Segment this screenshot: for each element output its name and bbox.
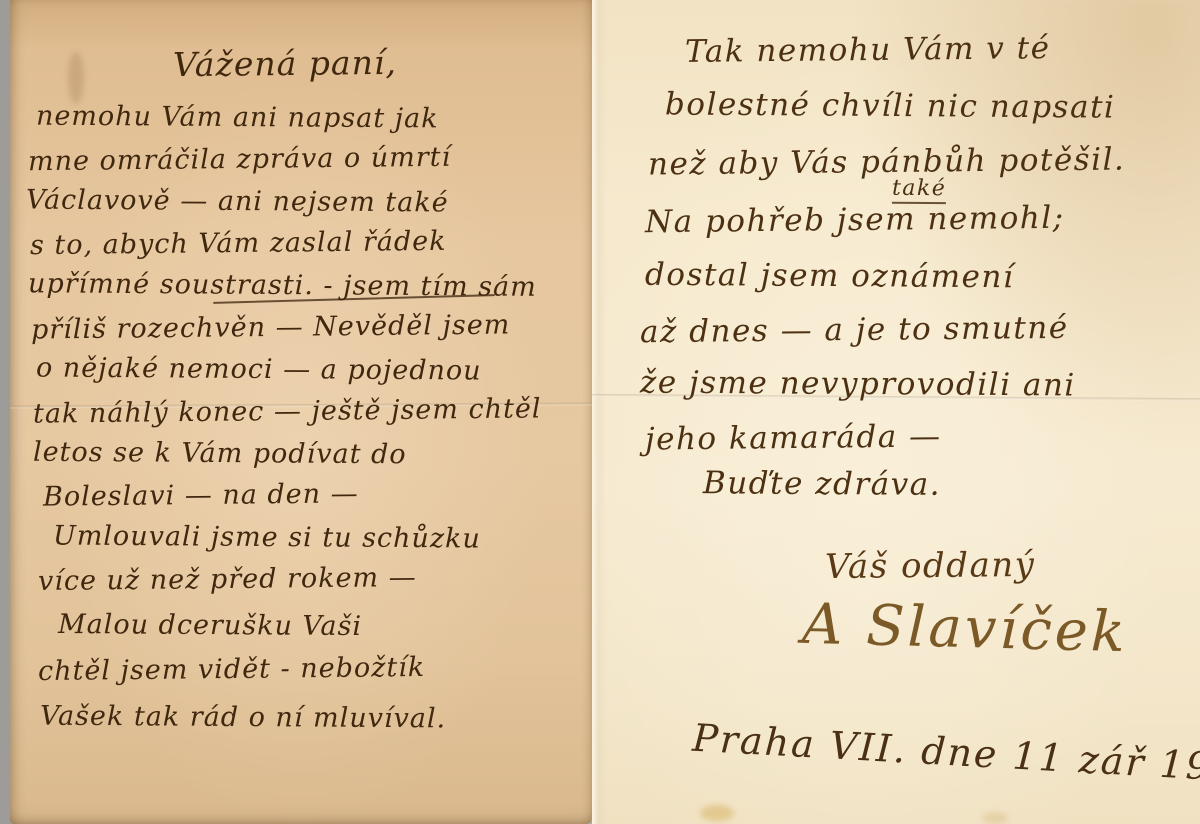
fold-crease	[10, 402, 592, 408]
inserted-word: také	[892, 176, 947, 204]
valediction: Váš oddaný	[825, 545, 1036, 587]
letter-line: Na pohřeb jsem nemohl;	[645, 200, 1065, 240]
paper-stain	[982, 812, 1008, 824]
letter-line: Vašek tak rád o ní mluvíval.	[40, 701, 446, 735]
letter-line: více už než před rokem —	[38, 562, 417, 597]
paper-stain	[700, 805, 734, 821]
letter-line: dostal jsem oznámení	[645, 257, 1015, 296]
letter-line: příliš rozechvěn — Nevěděl jsem	[31, 309, 511, 345]
letter-line: Tak nemohu Vám v té	[685, 30, 1051, 70]
dateline: Praha VII. dne 11 zář 1906.	[691, 716, 1200, 793]
letter-line: Umlouvali jsme si tu schůzku	[53, 521, 481, 555]
letter-photo: Vážená paní, nemohu Vám ani napsat jak m…	[0, 0, 1200, 824]
paper-smudge	[68, 52, 84, 104]
letter-page-right: Tak nemohu Vám v té bolestné chvíli nic …	[592, 0, 1200, 824]
underline-stroke	[213, 294, 495, 304]
letter-line: o nějaké nemoci — a pojednou	[36, 352, 482, 386]
letter-line: než aby Vás pánbůh potěšil.	[648, 142, 1126, 183]
letter-line: nemohu Vám ani napsat jak	[36, 101, 439, 135]
letter-line: letos se k Vám podívat do	[33, 437, 407, 471]
signature: A Slavíček	[801, 592, 1128, 666]
letter-line: Malou dcerušku Vaši	[58, 609, 362, 642]
letter-line: až dnes — a je to smutné	[640, 310, 1069, 350]
letter-line: bolestné chvíli nic napsati	[665, 86, 1116, 125]
letter-line: upřímné soustrasti. - jsem tím sám	[28, 268, 537, 303]
letter-line: Václavově — ani nejsem také	[26, 185, 449, 219]
fold-crease	[592, 394, 1200, 401]
page-edge	[592, 0, 599, 824]
letter-line: tak náhlý konec — ještě jsem chtěl	[33, 393, 542, 429]
letter-line: chtěl jsem vidět - nebožtík	[38, 652, 426, 687]
letter-line: s to, abych Vám zaslal řádek	[30, 226, 447, 261]
letter-line: jeho kamaráda —	[645, 418, 942, 457]
letter-line: mne omráčila zpráva o úmrtí	[28, 142, 451, 177]
closing-line: Buďte zdráva.	[703, 465, 941, 503]
letter-page-left: Vážená paní, nemohu Vám ani napsat jak m…	[10, 0, 592, 824]
letter-line: že jsme nevyprovodili ani	[640, 364, 1076, 403]
letter-line: Boleslavi — na den —	[43, 478, 359, 512]
salutation-line: Vážená paní,	[173, 43, 397, 84]
